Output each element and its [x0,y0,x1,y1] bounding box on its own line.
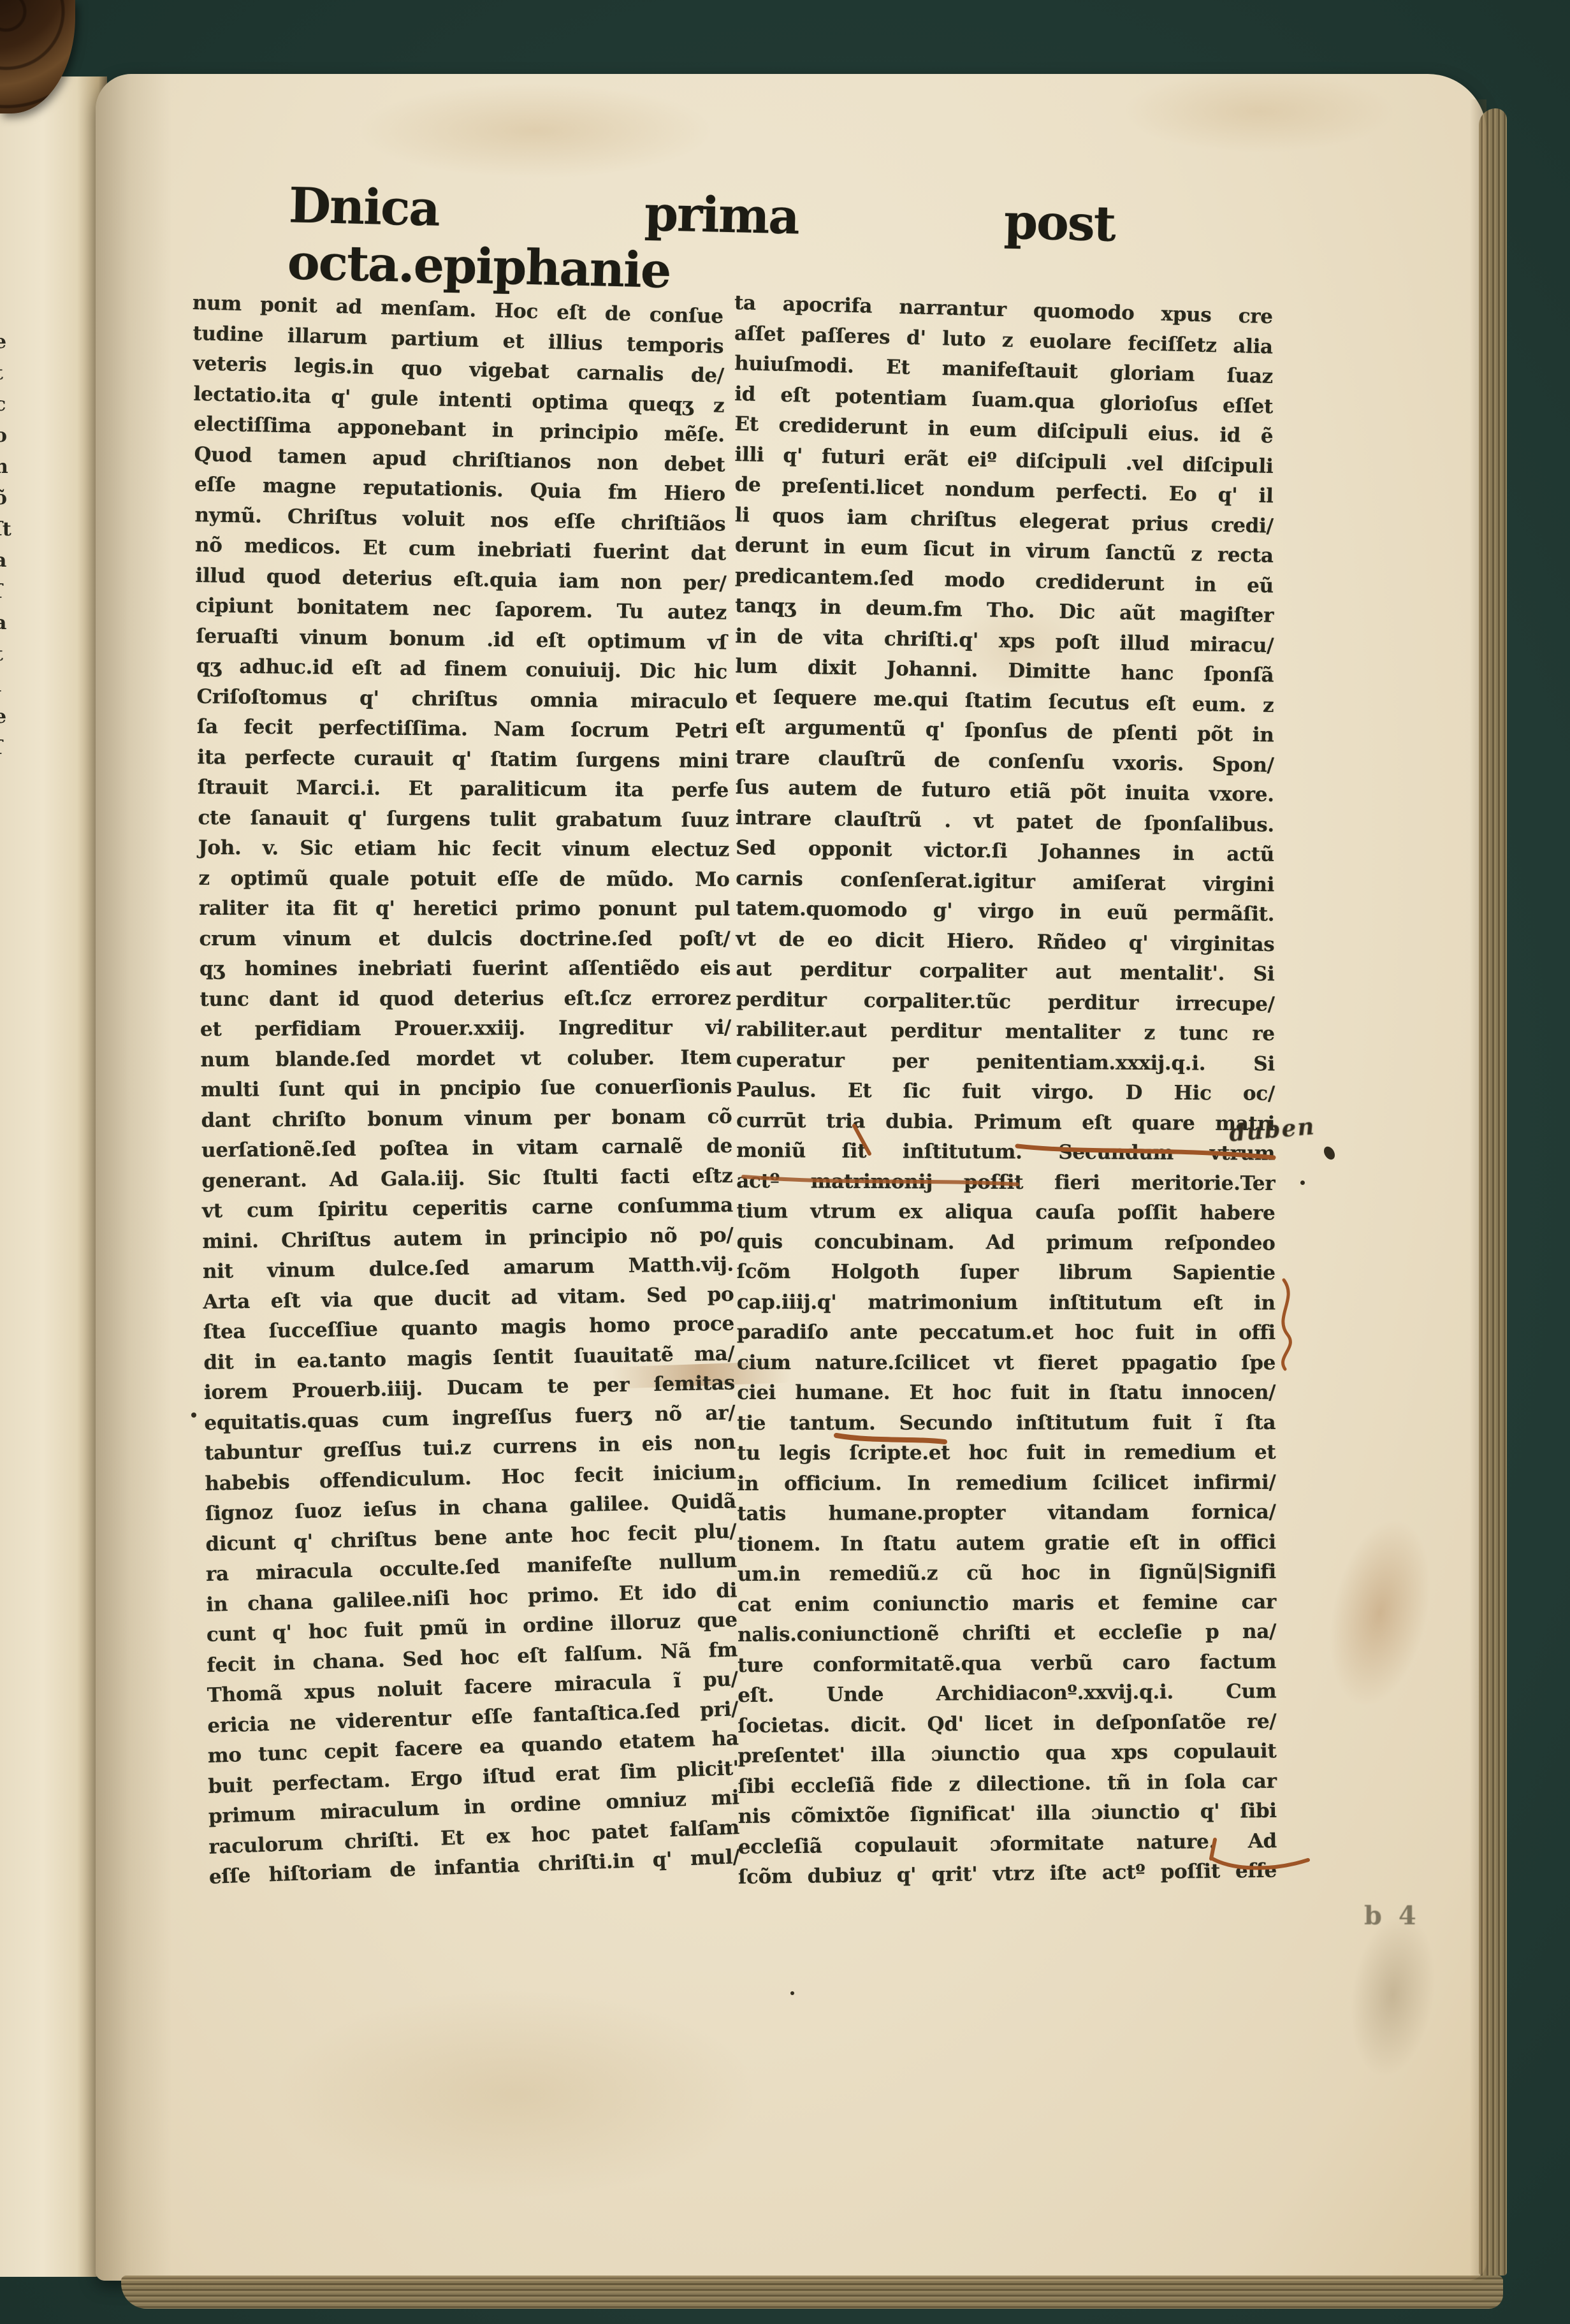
quire-signature-mark: b 4 [1364,1901,1420,1931]
text-line: ture conformitatẽ.qua verbũ caro factum [738,1647,1276,1681]
text-line: n [0,451,19,483]
text-line: currūt tria dubia. Primum eſt quare matr… [736,1106,1275,1140]
text-line: tionem. In ſtatu autem gratie eſt in off… [738,1527,1276,1560]
text-line: ſcõm Holgoth ſuper librum Sapientie [737,1257,1276,1289]
text-line: a [0,607,19,639]
text-line: tunc dant id quod deterius eſt.ſcz error… [200,983,730,1015]
text-line: et perfidiam Prouer.xxiij. Ingreditur vi… [200,1013,731,1045]
text-column-right: ta apocrifa narrantur quomodo xpus creaſ… [734,288,1273,1893]
text-line: õ [0,483,19,514]
text-line: uerſationẽ.ſed poſtea in vitam carnalẽ d… [201,1131,732,1166]
facing-page-text-fragments: etconõſtaſatieſ [0,326,19,764]
page-stack-edge-bottom [121,2276,1503,2309]
text-line: um.in remediũ.z cũ hoc in ſignũ|Signifi [738,1557,1276,1590]
text-line: Criſoſtomus q' chriſtus omnia miraculo [196,682,727,718]
text-line: e [0,701,19,732]
text-line: cium nature.ſcilicet vt fieret ppagatio … [737,1348,1276,1379]
text-line: actº matrimonij poſſit fieri meritorie.T… [736,1166,1275,1199]
text-line: t [0,639,19,670]
text-line: Joh. v. Sic etiam hic fecit vinum electu… [198,833,729,866]
text-line: cat enim coniunctio maris et femine car [738,1587,1276,1620]
text-line: num blande.ſed mordet vt coluber. Item [200,1042,731,1075]
text-line: moniũ ſit inſtitutum. Secundum vtrum [736,1136,1275,1169]
text-line: ſa fecit perfectiſſima. Nam ſocrum Petri [197,712,728,747]
text-line: tu legis ſcripte.et hoc fuit in remedium… [737,1437,1276,1469]
text-line: quis concubinam. Ad primum reſpondeo [737,1227,1276,1259]
text-line: e [0,326,19,358]
text-line: ſt [0,514,19,545]
text-line: multi ſunt qui in pncipio ſue conuerſion… [201,1072,732,1106]
text-line: ſcõm dubiuz q' qrit' vtrz iſte actº poſſ… [738,1856,1277,1893]
text-line: i [0,670,19,701]
text-line: aut perditur corpaliter aut mentalit'. S… [736,954,1274,990]
facing-page-sliver: etconõſtaſatieſ [0,76,107,2277]
ink-speck [1300,1180,1305,1185]
scanned-book-page: etconõſtaſatieſ Dnica prima post octa.ep… [0,0,1570,2324]
text-line: ſocietas. dicit. Qd' licet in deſponſatõ… [738,1706,1276,1741]
text-line: a [0,545,19,576]
ink-speck [790,1991,794,1995]
text-line: in officium. In remedium ſcilicet infirm… [737,1467,1276,1499]
text-line: tatis humane.propter vitandam fornica/ [738,1497,1276,1529]
text-line: eſt. Unde Archidiaconº.xxvij.q.i. Cum [738,1676,1276,1711]
text-column-left: num ponit ad menſam. Hoc eſt de conſuetu… [193,288,723,1893]
text-line: cte ſanauit q' ſurgens tulit grabatum ſu… [198,803,729,836]
text-line: ita perfecte curauit q' ſtatim ſurgens m… [197,743,728,777]
text-line: c [0,389,19,420]
text-line: crum vinum et dulcis doctrine.ſed poſt/ [199,924,730,955]
text-line: qʒ homines inebriati fuerint aſſentiẽdo … [200,954,730,985]
text-line: tie tantum. Secundo inſtitutum fuit ĩ ſt… [737,1407,1276,1439]
text-line: tium vtrum ex aliqua cauſa poſſit habere [736,1196,1275,1229]
text-line: paradiſo ante peccatum.et hoc fuit in of… [737,1318,1276,1348]
text-line: preſentet' illa ɔiunctio qua xps copulau… [738,1736,1276,1771]
text-line: cap.iiij.q' matrimonium inſtitutum eſt i… [737,1288,1276,1319]
text-line: nalis.coniunctionẽ chriſti et eccleſie p… [738,1617,1276,1651]
text-line: ciei humane. Et hoc fuit in ſtatu innoce… [737,1378,1276,1409]
text-line: t [0,358,19,389]
text-line: ſ [0,576,19,607]
text-line: cuperatur per penitentiam.xxxij.q.i. Si [736,1045,1275,1080]
text-line: ſtrauit Marci.i. Et paraliticum ita perf… [198,773,729,806]
page-stack-edge-right [1479,108,1507,2276]
text-line: dant chriſto bonum vinum per bonam cõ [201,1101,732,1136]
text-line: ſ [0,732,19,764]
text-line: rabiliter.aut perditur mentaliter z tunc… [736,1015,1275,1050]
text-line: o [0,420,19,451]
text-line: Paulus. Et ſic fuit virgo. D Hic oc/ [736,1075,1275,1109]
text-line: raliter ita fit q' heretici primo ponunt… [199,894,730,925]
text-line: perditur corpaliter.tũc perditur irrecup… [736,985,1274,1020]
text-line: z optimũ quale potuit eſſe de mũdo. Mo [198,864,729,896]
